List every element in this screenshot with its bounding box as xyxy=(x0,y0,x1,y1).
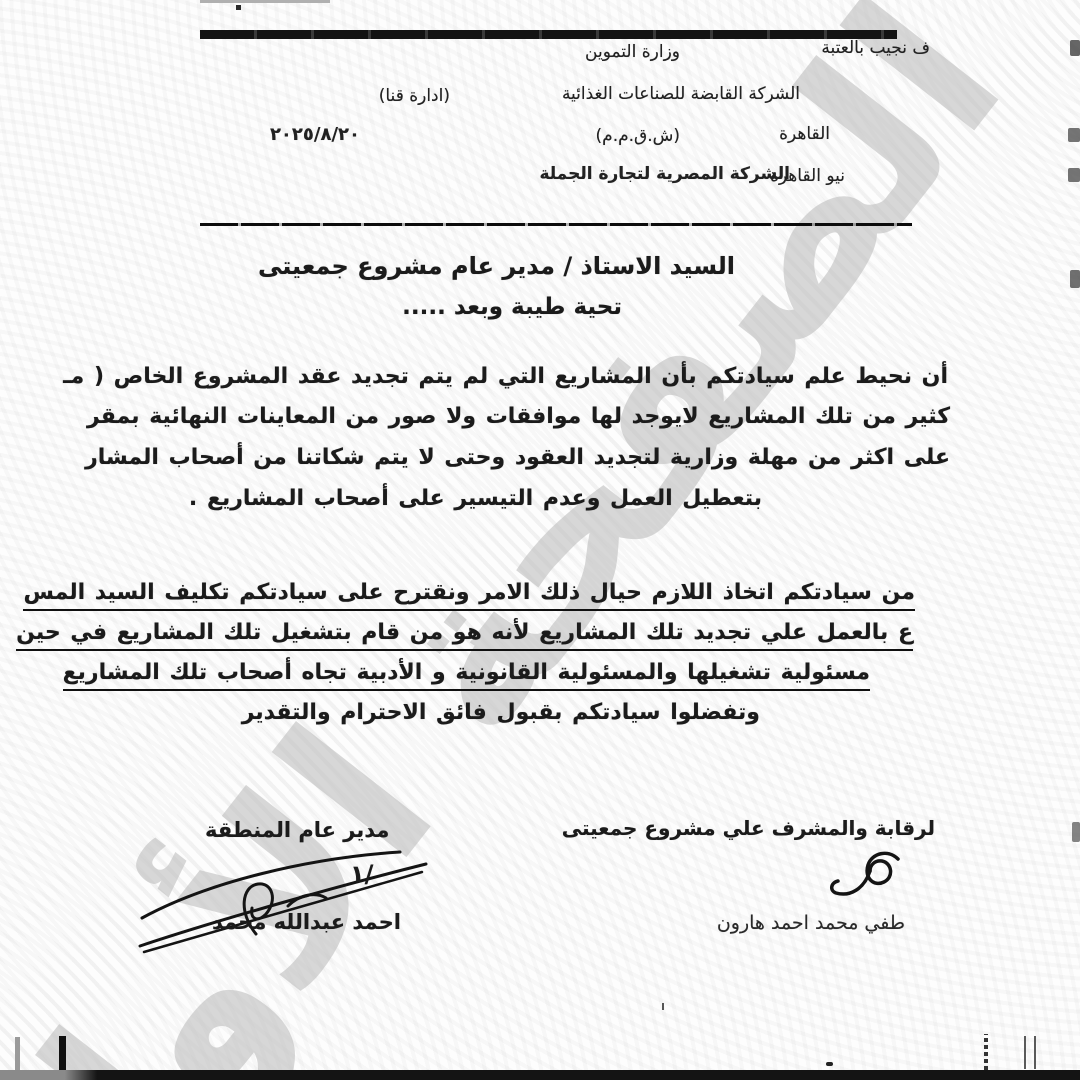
signature-left-name: احمد عبدالله محمد xyxy=(212,910,401,934)
scan-mark-bottom-right-lines xyxy=(1024,1036,1036,1069)
scan-speck xyxy=(662,1003,664,1010)
scan-dot-top xyxy=(236,5,241,10)
letterhead-branch: ف نجيب بالعتبة xyxy=(821,38,930,58)
paragraph1-line2: كثير من تلك المشاريع لايوجد لها موافقات … xyxy=(87,404,950,429)
letter-date: ٢٠٢٥/٨/٢٠ xyxy=(270,124,360,145)
signature-left-annotation: /١ xyxy=(350,860,373,888)
closing-line: وتفضلوا سيادتكم بقبول فائق الاحترام والت… xyxy=(242,700,760,725)
paragraph1-line4: بتعطيل العمل وعدم التيسير على أصحاب المش… xyxy=(189,486,762,511)
paragraph2-line2: ع بالعمل علي تجديد تلك المشاريع لأنه هو … xyxy=(16,620,913,651)
paragraph1-line1: أن نحيط علم سيادتكم بأن المشاريع التي لم… xyxy=(63,364,948,389)
letterhead-administration: (ادارة قنا) xyxy=(379,86,450,106)
signature-right-name: طفي محمد احمد هارون xyxy=(717,912,905,934)
letterhead-holding-company: الشركة القابضة للصناعات الغذائية xyxy=(562,84,800,104)
scan-mark-bottom-left-gray xyxy=(15,1037,20,1070)
scan-bar-bottom xyxy=(0,1070,1080,1080)
edge-fragment xyxy=(1068,168,1080,182)
signature-left-handwriting xyxy=(138,842,438,960)
letterhead-subsidiary: الشركة المصرية لتجارة الجملة xyxy=(539,164,790,184)
edge-fragment xyxy=(1072,822,1080,842)
salutation-recipient: السيد الاستاذ / مدير عام مشروع جمعيتى xyxy=(258,252,735,280)
scan-edge-line-top xyxy=(200,0,330,3)
letterhead-ministry: وزارة التموين xyxy=(585,42,680,62)
paragraph1-line3: على اكثر من مهلة وزارية لتجديد العقود وح… xyxy=(85,445,950,470)
paragraph2-line3: مسئولية تشغيلها والمسئولية القانونية و ا… xyxy=(63,660,870,691)
scan-mark-bottom-right-dashes xyxy=(984,1034,988,1070)
scan-bar-top xyxy=(200,30,897,39)
salutation-greeting: تحية طيبة وبعد ..... xyxy=(402,294,622,320)
letterhead-abbreviation: (ش.ق.م.م) xyxy=(596,126,680,146)
edge-fragment xyxy=(1068,128,1080,142)
scanned-letter-page: الصفحة الأولى ف نجيب بالعتبة وزارة التمو… xyxy=(0,0,1080,1080)
signature-left-title: مدير عام المنطقة xyxy=(205,818,389,842)
letterhead-city: القاهرة xyxy=(779,124,830,144)
scan-mark-bottom-left-black xyxy=(59,1036,66,1070)
edge-fragment xyxy=(1070,270,1080,288)
edge-fragment xyxy=(1070,40,1080,56)
paragraph2-line1: من سيادتكم اتخاذ اللازم حيال ذلك الامر و… xyxy=(23,580,915,611)
signature-right-title: لرقابة والمشرف علي مشروع جمعيتى xyxy=(562,816,935,840)
signature-right-handwriting xyxy=(828,845,912,907)
header-divider-line xyxy=(200,223,912,226)
scan-speck xyxy=(826,1062,833,1066)
